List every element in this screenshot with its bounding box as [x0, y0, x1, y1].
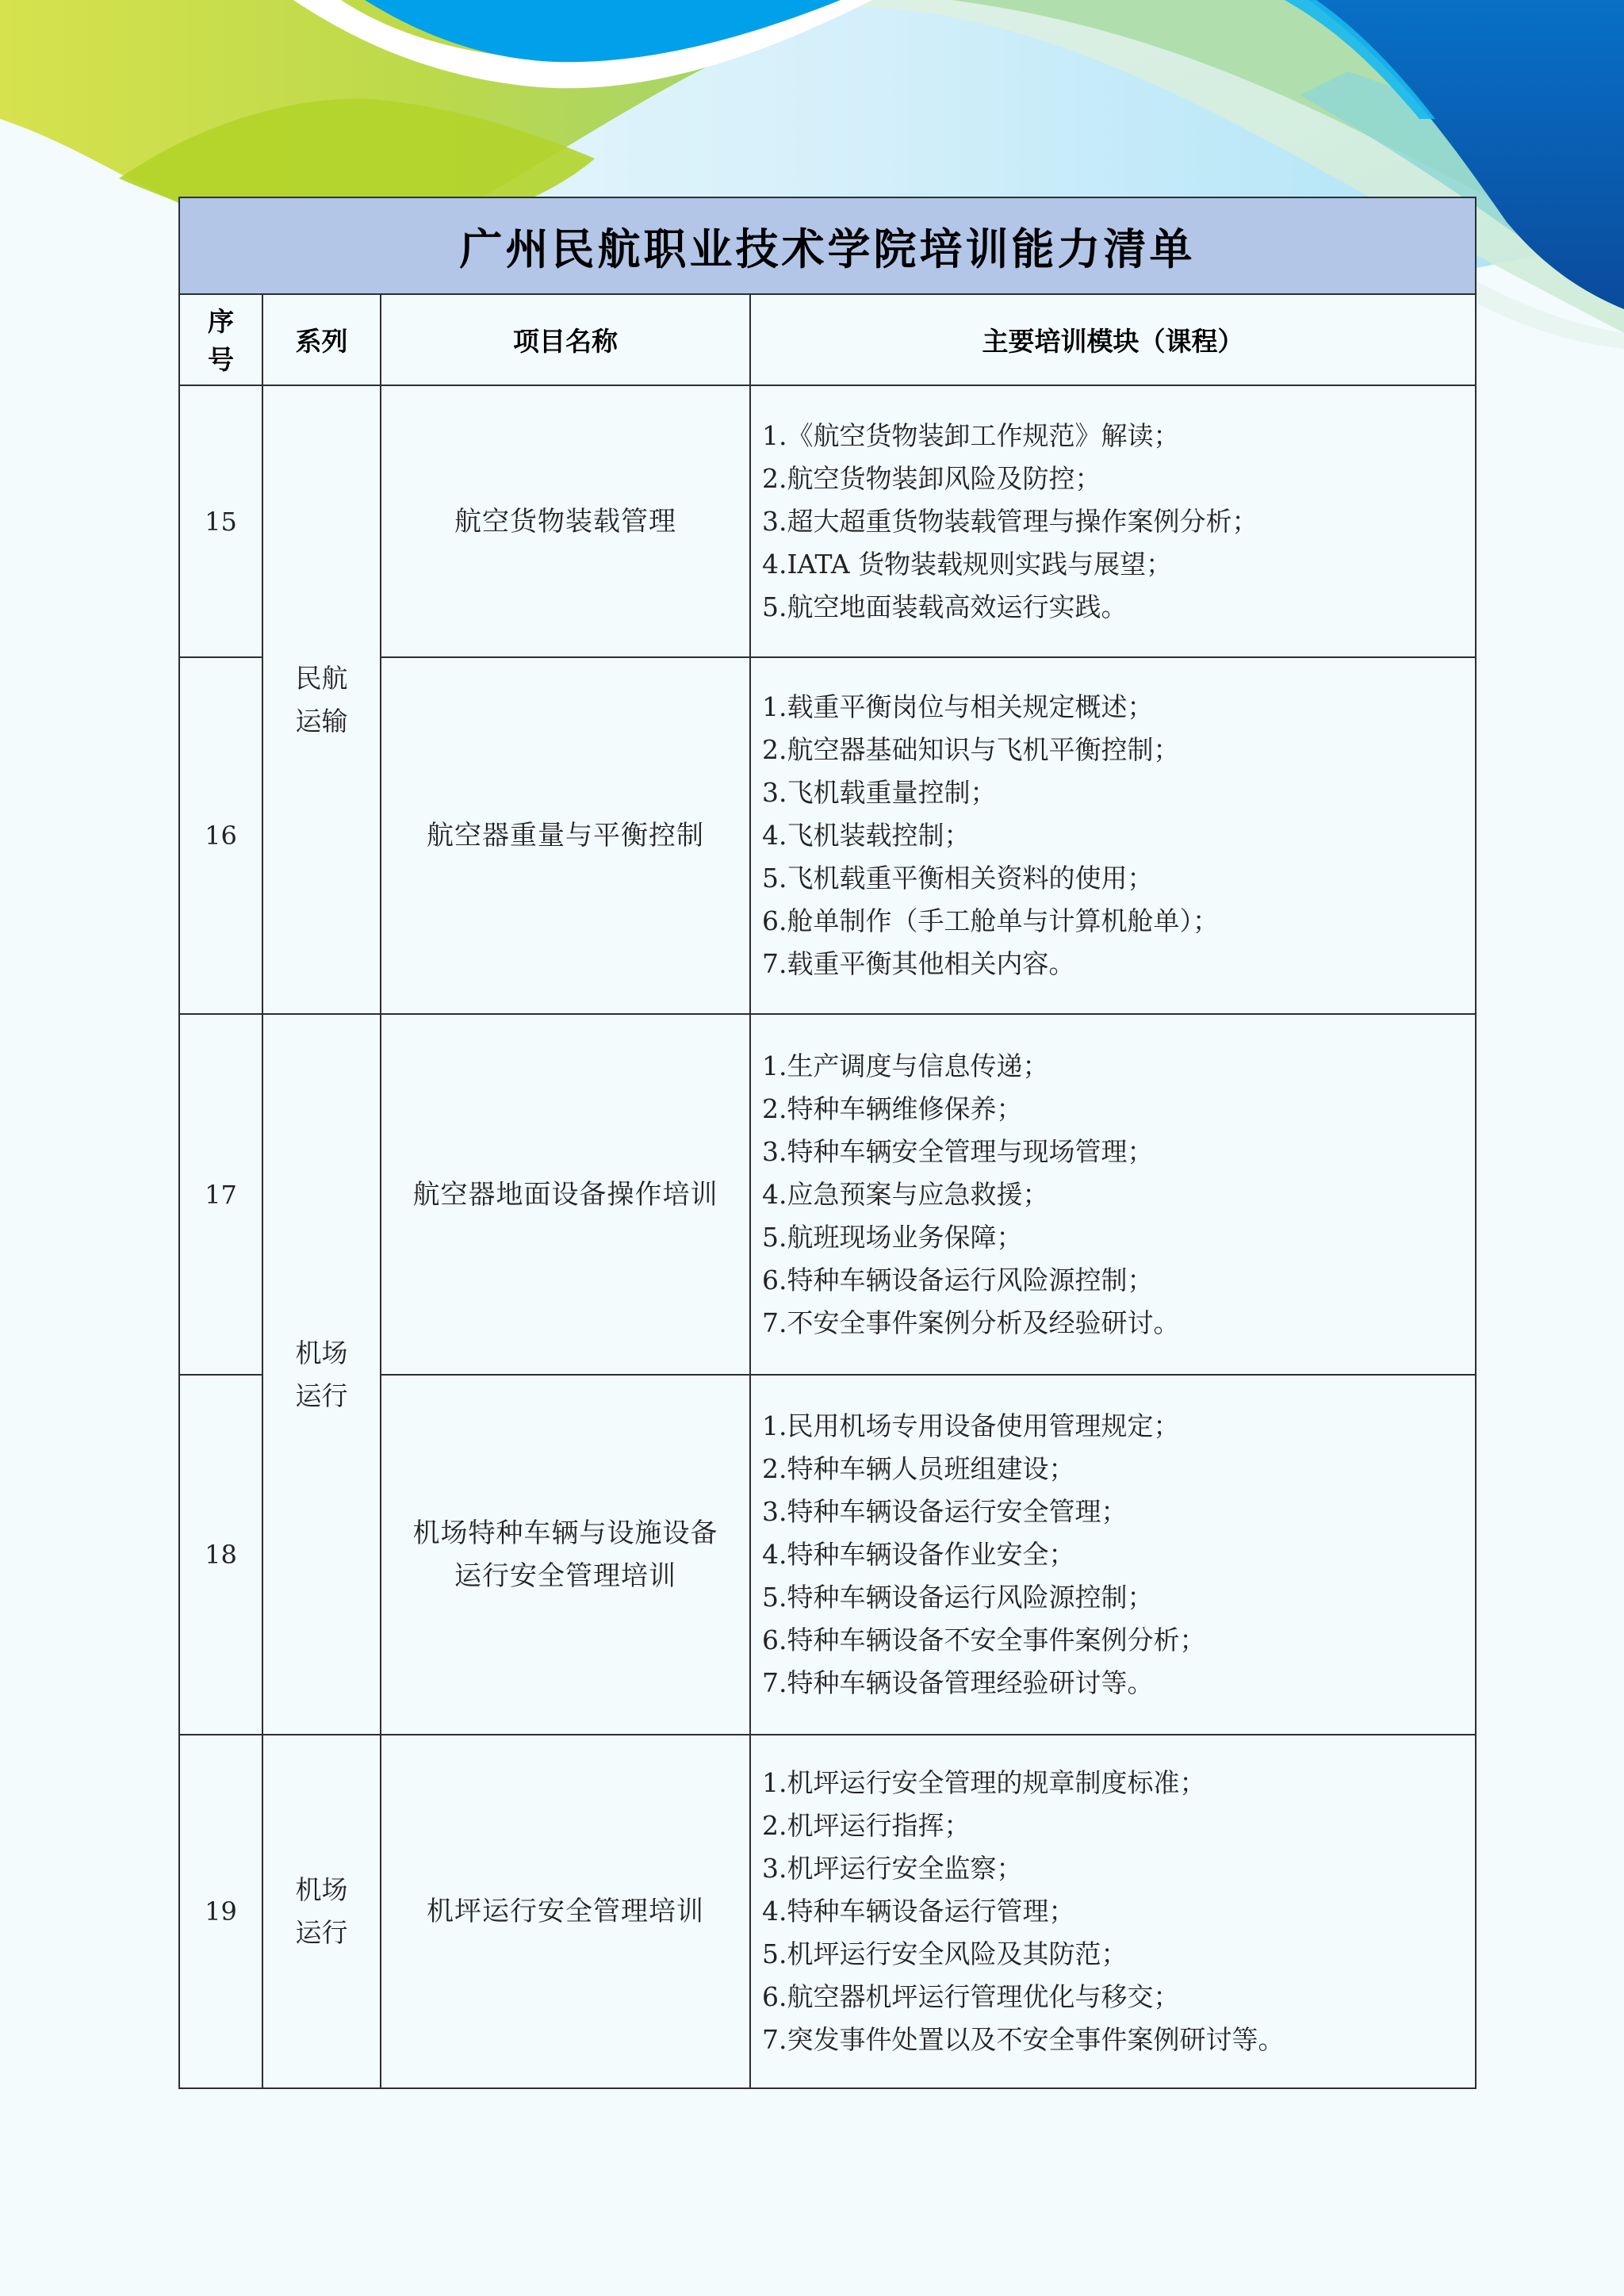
project-name-line1: 航空器重量与平衡控制 [381, 814, 749, 857]
module-item: 5.航空地面装载高效运行实践。 [762, 586, 1464, 629]
module-item: 6.舱单制作（手工舱单与计算机舱单）； [762, 900, 1464, 943]
series-label-line2: 运输 [263, 700, 380, 743]
module-item: 3.超大超重货物装载管理与操作案例分析； [762, 500, 1464, 543]
module-item: 7.突发事件处置以及不安全事件案例研讨等。 [762, 2019, 1464, 2061]
module-item: 7.特种车辆设备管理经验研讨等。 [762, 1662, 1464, 1705]
column-header-project-name: 项目名称 [381, 294, 750, 385]
row-seq: 17 [179, 1014, 262, 1375]
module-item: 1.载重平衡岗位与相关规定概述； [762, 686, 1464, 729]
column-header-seq-line1: 序 [180, 303, 262, 341]
row-seq: 18 [179, 1375, 262, 1735]
module-item: 5.特种车辆设备运行风险源控制； [762, 1576, 1464, 1619]
module-item: 4.特种车辆设备运行管理； [762, 1890, 1464, 1933]
column-header-series: 系列 [262, 294, 381, 385]
project-name: 航空货物装载管理 [381, 385, 750, 657]
modules-list: 1.生产调度与信息传递； 2.特种车辆维修保养； 3.特种车辆安全管理与现场管理… [762, 1045, 1464, 1345]
module-item: 1.生产调度与信息传递； [762, 1045, 1464, 1088]
table-row: 15 民航 运输 航空货物装载管理 1.《航空货物装卸工作规范》解读； 2.航空… [179, 385, 1476, 657]
module-item: 5.机坪运行安全风险及其防范； [762, 1933, 1464, 1976]
column-header-seq: 序 号 [179, 294, 262, 385]
series-label-line1: 机场 [263, 1869, 380, 1911]
training-capability-table: 广州民航职业技术学院培训能力清单 序 号 系列 项目名称 主要培训模块（课程） … [178, 197, 1477, 2089]
module-item: 7.载重平衡其他相关内容。 [762, 943, 1464, 985]
module-item: 2.航空货物装卸风险及防控； [762, 457, 1464, 500]
module-item: 1.机坪运行安全管理的规章制度标准； [762, 1762, 1464, 1804]
series-cell: 机场 运行 [262, 1735, 381, 2088]
series-cell: 机场 运行 [262, 1014, 381, 1735]
module-item: 2.机坪运行指挥； [762, 1804, 1464, 1847]
module-item: 5.飞机载重平衡相关资料的使用； [762, 857, 1464, 900]
modules-list-cell: 1.《航空货物装卸工作规范》解读； 2.航空货物装卸风险及防控； 3.超大超重货… [750, 385, 1476, 657]
project-name-line2: 运行安全管理培训 [381, 1555, 749, 1598]
document-title: 广州民航职业技术学院培训能力清单 [179, 197, 1476, 294]
module-item: 2.特种车辆人员班组建设； [762, 1448, 1464, 1490]
project-name: 机坪运行安全管理培训 [381, 1735, 750, 2088]
module-item: 4.飞机装载控制； [762, 814, 1464, 857]
module-item: 4.特种车辆设备作业安全； [762, 1533, 1464, 1576]
series-cell: 民航 运输 [262, 385, 381, 1014]
module-item: 1.《航空货物装卸工作规范》解读； [762, 415, 1464, 457]
modules-list-cell: 1.民用机场专用设备使用管理规定； 2.特种车辆人员班组建设； 3.特种车辆设备… [750, 1375, 1476, 1735]
table-row: 17 机场 运行 航空器地面设备操作培训 1.生产调度与信息传递； 2.特种车辆… [179, 1014, 1476, 1375]
modules-list-cell: 1.载重平衡岗位与相关规定概述； 2.航空器基础知识与飞机平衡控制； 3.飞机载… [750, 657, 1476, 1014]
project-name-line1: 机场特种车辆与设施设备 [381, 1512, 749, 1555]
module-item: 1.民用机场专用设备使用管理规定； [762, 1405, 1464, 1448]
module-item: 6.特种车辆设备运行风险源控制； [762, 1259, 1464, 1302]
module-item: 3.特种车辆安全管理与现场管理； [762, 1131, 1464, 1173]
project-name-line1: 机坪运行安全管理培训 [381, 1890, 749, 1933]
modules-list: 1.载重平衡岗位与相关规定概述； 2.航空器基础知识与飞机平衡控制； 3.飞机载… [762, 686, 1464, 985]
modules-list: 1.民用机场专用设备使用管理规定； 2.特种车辆人员班组建设； 3.特种车辆设备… [762, 1405, 1464, 1705]
series-label-line1: 机场 [263, 1332, 380, 1375]
project-name: 航空器重量与平衡控制 [381, 657, 750, 1014]
module-item: 3.特种车辆设备运行安全管理； [762, 1490, 1464, 1533]
column-header-seq-line2: 号 [180, 341, 262, 379]
row-seq: 15 [179, 385, 262, 657]
module-item: 4.应急预案与应急救援； [762, 1173, 1464, 1216]
row-seq: 19 [179, 1735, 262, 2088]
modules-list: 1.《航空货物装卸工作规范》解读； 2.航空货物装卸风险及防控； 3.超大超重货… [762, 415, 1464, 629]
series-label-line2: 运行 [263, 1375, 380, 1418]
module-item: 2.航空器基础知识与飞机平衡控制； [762, 729, 1464, 771]
project-name-line1: 航空器地面设备操作培训 [381, 1173, 749, 1216]
table-row: 19 机场 运行 机坪运行安全管理培训 1.机坪运行安全管理的规章制度标准； 2… [179, 1735, 1476, 2088]
project-name: 航空器地面设备操作培训 [381, 1014, 750, 1375]
module-item: 5.航班现场业务保障； [762, 1216, 1464, 1259]
module-item: 4.IATA 货物装载规则实践与展望； [762, 543, 1464, 586]
project-name-line1: 航空货物装载管理 [381, 500, 749, 543]
module-item: 3.飞机载重量控制； [762, 771, 1464, 814]
module-item: 6.航空器机坪运行管理优化与移交； [762, 1976, 1464, 2019]
series-label-line2: 运行 [263, 1911, 380, 1954]
modules-list: 1.机坪运行安全管理的规章制度标准； 2.机坪运行指挥； 3.机坪运行安全监察；… [762, 1762, 1464, 2061]
module-item: 2.特种车辆维修保养； [762, 1088, 1464, 1131]
modules-list-cell: 1.机坪运行安全管理的规章制度标准； 2.机坪运行指挥； 3.机坪运行安全监察；… [750, 1735, 1476, 2088]
column-header-modules: 主要培训模块（课程） [750, 294, 1476, 385]
row-seq: 16 [179, 657, 262, 1014]
module-item: 6.特种车辆设备不安全事件案例分析； [762, 1619, 1464, 1662]
module-item: 3.机坪运行安全监察； [762, 1847, 1464, 1890]
module-item: 7.不安全事件案例分析及经验研讨。 [762, 1302, 1464, 1345]
project-name: 机场特种车辆与设施设备 运行安全管理培训 [381, 1375, 750, 1735]
series-label-line1: 民航 [263, 657, 380, 700]
modules-list-cell: 1.生产调度与信息传递； 2.特种车辆维修保养； 3.特种车辆安全管理与现场管理… [750, 1014, 1476, 1375]
